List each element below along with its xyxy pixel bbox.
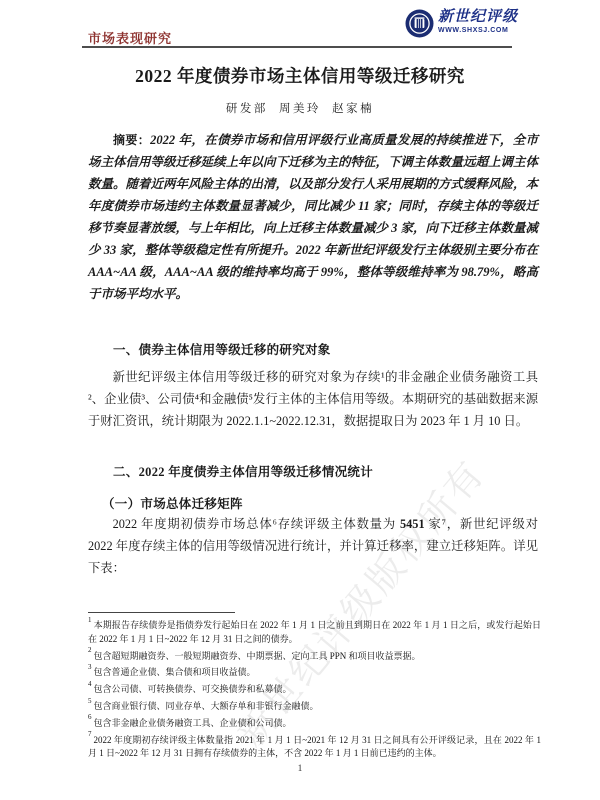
footnote-separator-rule — [88, 612, 235, 613]
footnote-3: 3包含普通企业债、集合债和项目收益债。 — [88, 666, 541, 680]
footnote-5: 5包含商业银行债、同业存单、大额存单和非银行金融债。 — [88, 700, 541, 714]
footnote-7: 72022 年度期初存续评级主体数量指 2021 年 1 月 1 日~2021 … — [88, 734, 541, 762]
section1-paragraph: 新世纪评级主体信用等级迁移的研究对象为存续¹的非金融企业债务融资工具²、企业债³… — [88, 366, 538, 432]
footnote-1-text: 本期报告存续债券是指债券发行起始日在 2022 年 1 月 1 日之前且到期日在… — [88, 620, 541, 644]
footnote-6: 6包含非金融企业债务融资工具、企业债和公司债。 — [88, 717, 541, 731]
document-title: 2022 年度债券市场主体信用等级迁移研究 — [0, 63, 600, 88]
footnote-7-number: 7 — [88, 730, 92, 738]
brand-logo: 新世纪评级 WWW.SHXSJ.COM — [405, 9, 518, 38]
report-page: 新世纪评级版权所有 市场表现研究 新世纪评级 WWW.SHXSJ.COM — [0, 0, 600, 800]
footnote-2-text: 包含超短期融资券、一般短期融资券、中期票据、定向工具 PPN 和项目收益票据。 — [94, 651, 421, 661]
footnote-4: 4包含公司债、可转换债券、可交换债券和私募债。 — [88, 683, 541, 697]
subject-count-value: 5451 — [400, 517, 425, 531]
header-section-label: 市场表现研究 — [88, 28, 172, 47]
footnote-3-number: 3 — [88, 663, 92, 671]
brand-website: WWW.SHXSJ.COM — [438, 26, 508, 35]
footnote-1-number: 1 — [88, 616, 92, 624]
footnote-4-text: 包含公司债、可转换债券、可交换债券和私募债。 — [94, 684, 292, 694]
footnote-4-number: 4 — [88, 680, 92, 688]
footnote-5-number: 5 — [88, 697, 92, 705]
abstract-label: 摘要： — [113, 133, 150, 147]
brand-logo-text: 新世纪评级 WWW.SHXSJ.COM — [438, 9, 518, 35]
abstract-text: 2022 年，在债券市场和信用评级行业高质量发展的持续推进下，全市场主体信用等级… — [88, 133, 538, 301]
section1-heading: 一、债券主体信用等级迁移的研究对象 — [88, 340, 538, 358]
section2-subsection1-heading: （一）市场总体迁移矩阵 — [88, 494, 538, 512]
footnote-6-text: 包含非金融企业债务融资工具、企业债和公司债。 — [94, 718, 292, 728]
document-authors: 研发部 周美玲 赵家楠 — [0, 100, 600, 116]
footnote-3-text: 包含普通企业债、集合债和项目收益债。 — [94, 667, 256, 677]
section2-paragraph-part1: 2022 年度期初债券市场总体⁶存续评级主体数量为 — [113, 517, 400, 531]
section2-heading: 二、2022 年度债券主体信用等级迁移情况统计 — [88, 462, 538, 480]
section2-paragraph: 2022 年度期初债券市场总体⁶存续评级主体数量为 5451 家⁷，新世纪评级对… — [88, 513, 538, 579]
brand-logo-icon — [405, 9, 434, 38]
footnote-1: 1本期报告存续债券是指债券发行起始日在 2022 年 1 月 1 日之前且到期日… — [88, 619, 541, 647]
header-rule — [82, 46, 512, 48]
abstract-paragraph: 摘要：2022 年，在债券市场和信用评级行业高质量发展的持续推进下，全市场主体信… — [88, 129, 538, 305]
page-number: 1 — [0, 764, 600, 774]
footnotes-block: 1本期报告存续债券是指债券发行起始日在 2022 年 1 月 1 日之前且到期日… — [88, 619, 541, 764]
brand-name: 新世纪评级 — [438, 9, 518, 26]
footnote-2-number: 2 — [88, 646, 92, 654]
footnote-7-text: 2022 年度期初存续评级主体数量指 2021 年 1 月 1 日~2021 年… — [88, 735, 541, 759]
footnote-5-text: 包含商业银行债、同业存单、大额存单和非银行金融债。 — [94, 701, 319, 711]
footnote-2: 2包含超短期融资券、一般短期融资券、中期票据、定向工具 PPN 和项目收益票据。 — [88, 650, 541, 664]
footnote-6-number: 6 — [88, 713, 92, 721]
